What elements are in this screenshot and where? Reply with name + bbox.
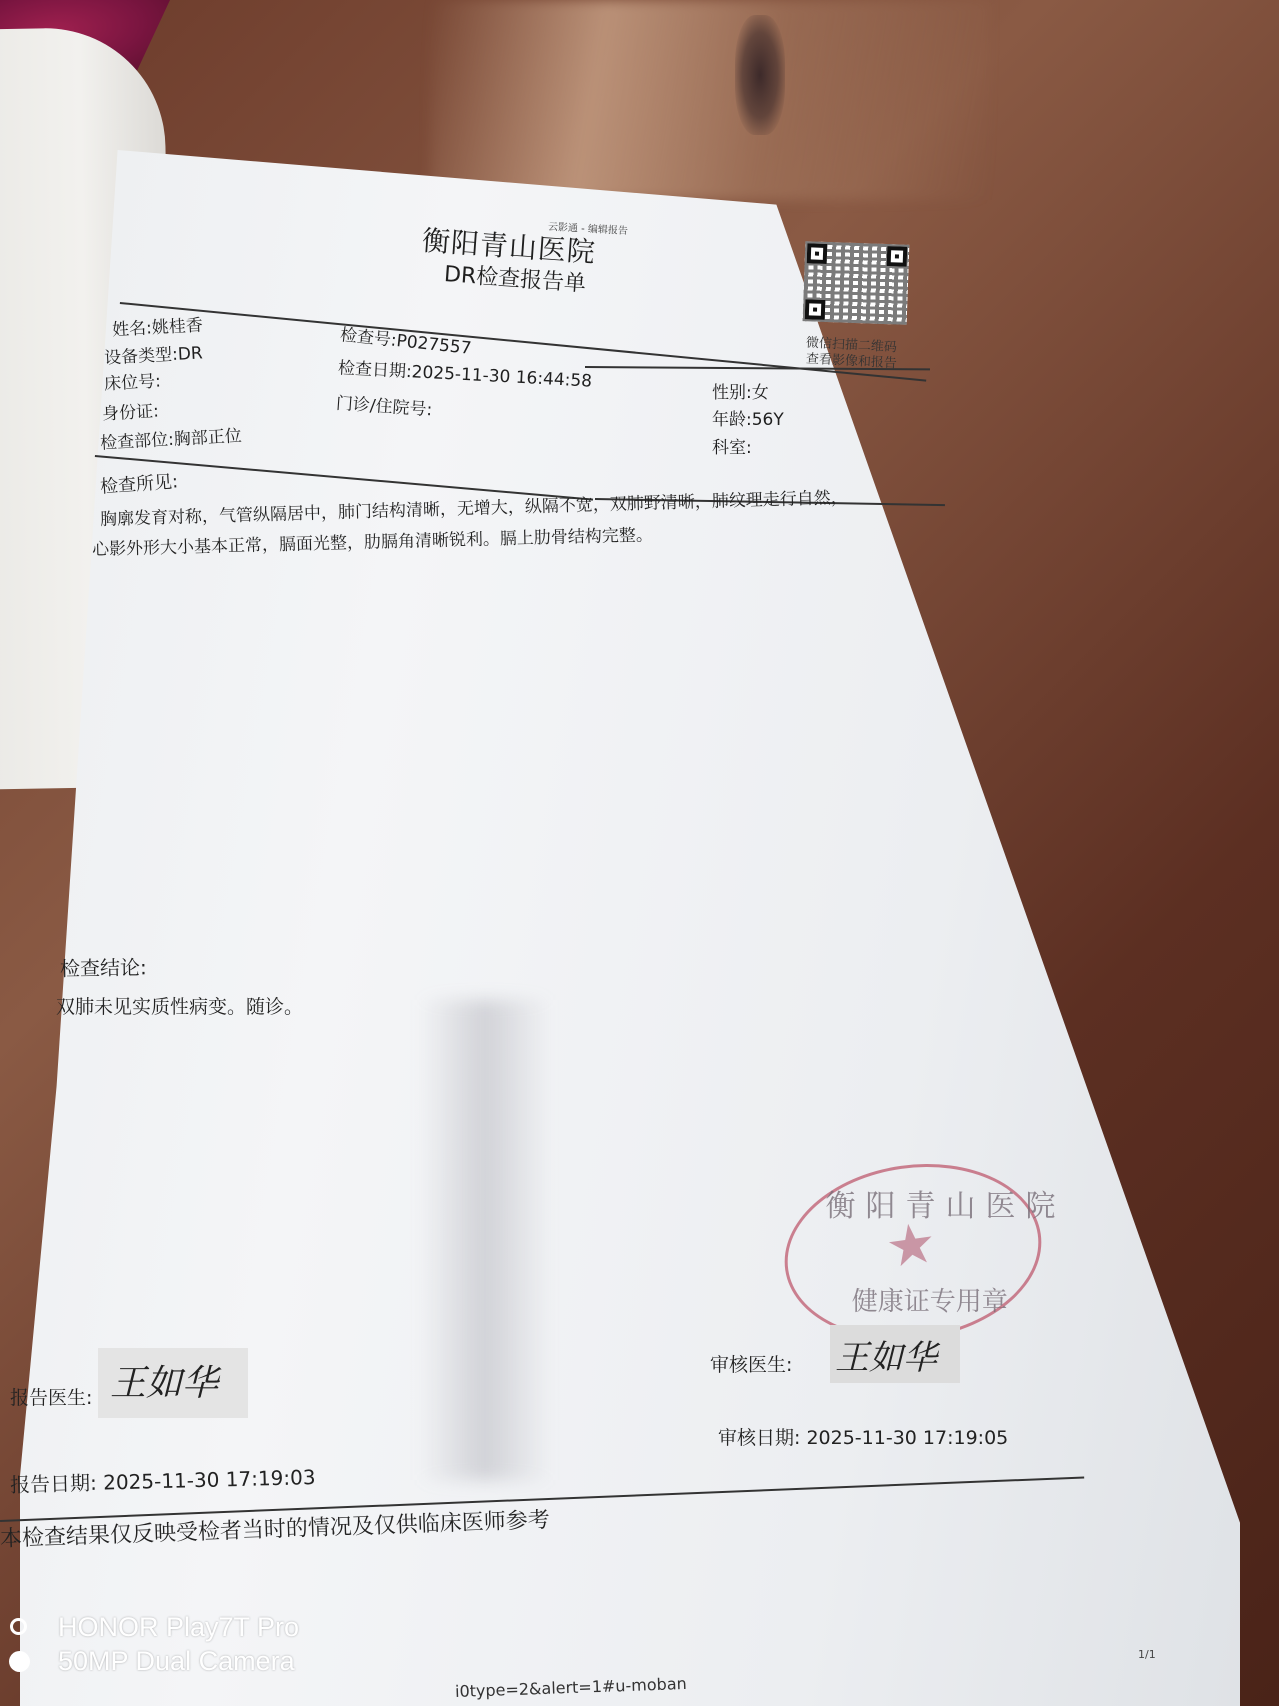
dot-icon	[9, 1651, 30, 1672]
sex: 女	[752, 383, 769, 403]
sex-label: 性别:	[712, 383, 752, 403]
device-type: DR	[177, 343, 203, 364]
device-type-field: 设备类型:DR	[103, 338, 203, 368]
device-type-label: 设备类型:	[104, 345, 179, 369]
reporter-label: 报告医生:	[10, 1383, 92, 1410]
department-field: 科室:	[712, 433, 752, 458]
exam-date-label: 检查日期:	[338, 358, 413, 382]
report-date-label: 报告日期:	[10, 1471, 97, 1497]
patient-name-label: 姓名:	[112, 318, 153, 340]
id-card-field: 身份证:	[101, 397, 159, 425]
bed-number-field: 床位号:	[103, 367, 161, 395]
report-date: 2025-11-30 17:19:03	[103, 1465, 316, 1495]
outpatient-number-field: 门诊/住院号:	[335, 389, 433, 421]
exam-number: P027557	[395, 331, 472, 359]
exam-date: 2025-11-30 16:44:58	[411, 362, 592, 391]
department-label: 科室:	[712, 438, 752, 458]
camera-watermark-line2: 50MP Dual Camera	[58, 1646, 295, 1677]
exam-number-field: 检查号:P027557	[339, 320, 473, 359]
seal-bottom-text: 健康证专用章	[852, 1281, 1008, 1318]
exam-number-label: 检查号:	[339, 325, 398, 351]
patient-name: 姚桂香	[151, 316, 203, 339]
report-document: 云影通 - 编辑报告 衡阳青山医院 DR检查报告单 微信扫描二维码 查看影像和报…	[0, 0, 1279, 1706]
conclusion-label: 检查结论:	[60, 951, 147, 982]
bed-number-label: 床位号:	[104, 372, 162, 395]
review-date-field: 审核日期: 2025-11-30 17:19:05	[718, 1423, 1008, 1450]
review-date: 2025-11-30 17:19:05	[806, 1427, 1008, 1449]
review-date-label: 审核日期:	[718, 1427, 800, 1449]
reporter-signature: 王如华	[110, 1355, 218, 1406]
age-label: 年龄:	[712, 410, 752, 430]
qr-code-icon[interactable]	[803, 241, 910, 325]
qr-finder-icon	[805, 299, 826, 320]
exam-part-label: 检查部位:	[100, 430, 175, 454]
id-card-label: 身份证:	[102, 402, 160, 425]
seal-top-text: 衡阳青山医院	[825, 1181, 1065, 1225]
ring-icon	[10, 1618, 27, 1635]
patient-name-field: 姓名:姚桂香	[111, 311, 203, 341]
sex-field: 性别:女	[712, 378, 769, 403]
report-date-field: 报告日期: 2025-11-30 17:19:03	[10, 1461, 316, 1498]
age-field: 年龄:56Y	[712, 405, 784, 430]
outpatient-number-label: 门诊/住院号:	[335, 394, 433, 421]
conclusion-text: 双肺未见实质性病变。随诊。	[56, 992, 303, 1019]
page-number: 1/1	[1138, 1648, 1156, 1661]
url-fragment: i0type=2&alert=1#u-moban	[455, 1674, 687, 1701]
findings-label: 检查所见:	[99, 467, 179, 498]
camera-watermark-line1: HONOR Play7T Pro	[58, 1612, 299, 1643]
age: 56Y	[752, 410, 784, 430]
exam-part: 胸部正位	[173, 426, 242, 450]
qr-finder-icon	[887, 246, 908, 267]
exam-part-field: 检查部位:胸部正位	[99, 421, 242, 453]
reviewer-signature: 王如华	[835, 1330, 937, 1379]
star-icon: ★	[883, 1215, 941, 1277]
reviewer-label: 审核医生:	[710, 1350, 792, 1377]
exam-date-field: 检查日期:2025-11-30 16:44:58	[338, 353, 593, 391]
qr-finder-icon	[807, 243, 828, 264]
